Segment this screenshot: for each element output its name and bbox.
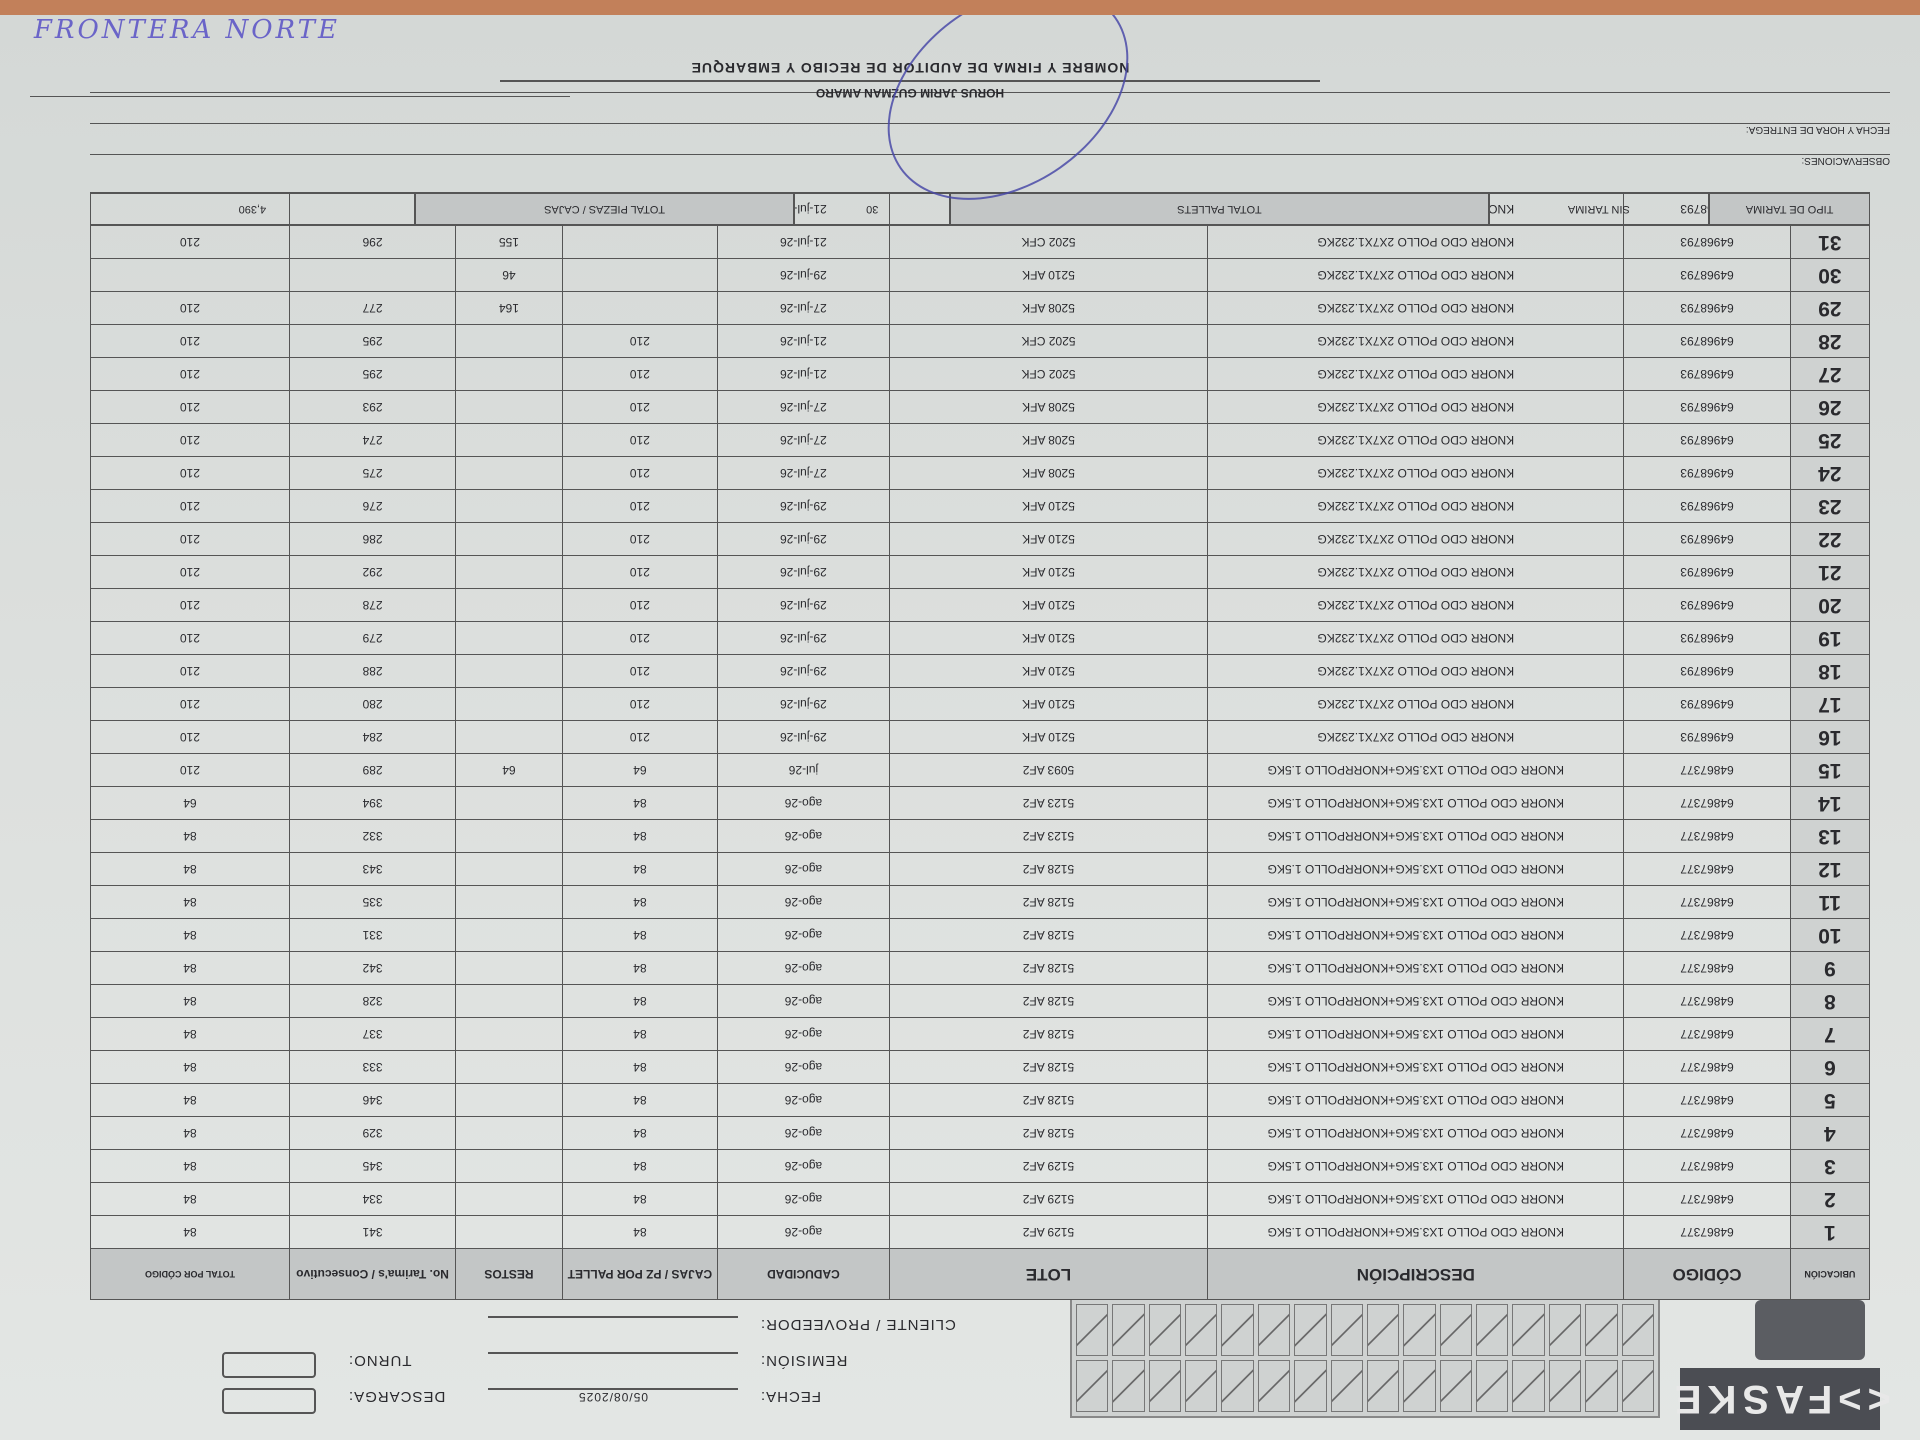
table-row: 1264867377KNORR CDO POLLO 1X3.5KG+KNORRP…	[91, 853, 1870, 886]
cell-cons: 284	[289, 721, 455, 754]
cell-total: 84	[91, 1150, 290, 1183]
cell-lote: 5210 AFK	[889, 556, 1207, 589]
table-row: 1664968793KNORR CDO POLLO 2X7X1.232KG521…	[91, 721, 1870, 754]
location-checkbox[interactable]	[1513, 1360, 1545, 1412]
cell-cpp: 64	[562, 754, 717, 787]
table-row: 1064867377KNORR CDO POLLO 1X3.5KG+KNORRP…	[91, 919, 1870, 952]
cell-codigo: 64867377	[1624, 1018, 1790, 1051]
cell-total: 210	[91, 325, 290, 358]
cell-total: 84	[91, 1117, 290, 1150]
cell-cpp: 210	[562, 589, 717, 622]
cell-lote: 5210 AFK	[889, 655, 1207, 688]
cell-codigo: 64867377	[1624, 787, 1790, 820]
cell-cons: 346	[289, 1084, 455, 1117]
cell-cad: ago-26	[718, 1084, 890, 1117]
row-number: 8	[1790, 985, 1869, 1018]
cell-cons: 295	[289, 325, 455, 358]
cell-total: 84	[91, 919, 290, 952]
cell-codigo: 64968793	[1624, 226, 1790, 259]
cell-cad: 29-jul-26	[718, 688, 890, 721]
cell-restos	[456, 1018, 563, 1051]
cell-codigo: 64867377	[1624, 1216, 1790, 1249]
cell-codigo: 64968793	[1624, 292, 1790, 325]
location-checkbox[interactable]	[1367, 1360, 1399, 1412]
cell-cad: 27-jul-26	[718, 292, 890, 325]
cell-cons: 328	[289, 985, 455, 1018]
row-number: 4	[1790, 1117, 1869, 1150]
cell-cons: 288	[289, 655, 455, 688]
location-checkbox[interactable]	[1549, 1360, 1581, 1412]
total-pallets-value: 30	[794, 193, 950, 225]
cell-total: 210	[91, 292, 290, 325]
cell-total: 210	[91, 721, 290, 754]
cell-lote: 5210 AFK	[889, 523, 1207, 556]
cell-restos	[456, 1051, 563, 1084]
cell-cad: ago-26	[718, 919, 890, 952]
cell-desc: KNORR CDO POLLO 2X7X1.232KG	[1208, 325, 1624, 358]
location-checkbox[interactable]	[1222, 1360, 1254, 1412]
cell-cad: 21-jul-26	[718, 325, 890, 358]
cell-codigo: 64968793	[1624, 688, 1790, 721]
cell-lote: 5202 CFK	[889, 325, 1207, 358]
cell-desc: KNORR CDO POLLO 2X7X1.232KG	[1208, 688, 1624, 721]
cell-lote: 5123 AF2	[889, 787, 1207, 820]
cell-cons: 342	[289, 952, 455, 985]
row-number: 5	[1790, 1084, 1869, 1117]
row-number: 30	[1790, 259, 1869, 292]
cell-restos	[456, 523, 563, 556]
row-number: 26	[1790, 391, 1869, 424]
fecha-row: FECHA: 05/08/2025 DESCARGA:	[110, 1388, 990, 1424]
cell-codigo: 64867377	[1624, 1084, 1790, 1117]
cell-codigo: 64867377	[1624, 754, 1790, 787]
cell-cpp: 84	[562, 1216, 717, 1249]
cell-desc: KNORR CDO POLLO 2X7X1.232KG	[1208, 259, 1624, 292]
cell-total: 84	[91, 985, 290, 1018]
cell-lote: 5202 CFK	[889, 358, 1207, 391]
row-number: 18	[1790, 655, 1869, 688]
cell-cons: 334	[289, 1183, 455, 1216]
cell-lote: 5129 AF2	[889, 1150, 1207, 1183]
cell-lote: 5210 AFK	[889, 622, 1207, 655]
table-row: 2164968793KNORR CDO POLLO 2X7X1.232KG521…	[91, 556, 1870, 589]
cell-cad: ago-26	[718, 1216, 890, 1249]
cell-desc: KNORR CDO POLLO 1X3.5KG+KNORRPOLLO 1.5KG	[1208, 952, 1624, 985]
cell-restos	[456, 391, 563, 424]
row-number: 17	[1790, 688, 1869, 721]
header-fields: FECHA: 05/08/2025 DESCARGA: REMISIÓN: TU…	[110, 1316, 990, 1424]
cell-codigo: 64867377	[1624, 952, 1790, 985]
descarga-box[interactable]	[222, 1388, 316, 1414]
cell-codigo: 64968793	[1624, 358, 1790, 391]
location-checkbox[interactable]	[1185, 1304, 1217, 1356]
cell-cad: ago-26	[718, 820, 890, 853]
cell-cons: 341	[289, 1216, 455, 1249]
cell-cad: ago-26	[718, 787, 890, 820]
row-number: 3	[1790, 1150, 1869, 1183]
cell-cpp: 84	[562, 1051, 717, 1084]
scanner-icon	[1755, 1300, 1865, 1360]
cell-cad: 29-jul-26	[718, 655, 890, 688]
location-checkbox[interactable]	[1149, 1360, 1181, 1412]
cell-restos: 46	[456, 259, 563, 292]
table-row: 2664968793KNORR CDO POLLO 2X7X1.232KG520…	[91, 391, 1870, 424]
cell-total: 210	[91, 622, 290, 655]
cell-restos	[456, 1183, 563, 1216]
tipo-tarima-label: TIPO DE TARIMA	[1709, 193, 1870, 225]
cell-lote: 5208 AFK	[889, 424, 1207, 457]
cell-codigo: 64968793	[1624, 259, 1790, 292]
cliente-row: CLIENTE / PROVEEDOR:	[110, 1316, 990, 1352]
location-checkbox[interactable]	[1076, 1304, 1108, 1356]
cell-total: 210	[91, 688, 290, 721]
cell-cons: 335	[289, 886, 455, 919]
cell-total: 84	[91, 1216, 290, 1249]
cell-restos	[456, 721, 563, 754]
location-checkbox[interactable]	[1440, 1360, 1472, 1412]
total-piezas-label: TOTAL PIEZAS / CAJAS	[415, 193, 794, 225]
cell-restos	[456, 655, 563, 688]
cell-restos	[456, 556, 563, 589]
location-checkbox[interactable]	[1258, 1304, 1290, 1356]
row-number: 6	[1790, 1051, 1869, 1084]
cell-codigo: 64867377	[1624, 1150, 1790, 1183]
location-checkbox[interactable]	[1112, 1304, 1144, 1356]
cell-codigo: 64968793	[1624, 589, 1790, 622]
table-row: 2764968793KNORR CDO POLLO 2X7X1.232KG520…	[91, 358, 1870, 391]
cell-total: 84	[91, 886, 290, 919]
cell-desc: KNORR CDO POLLO 2X7X1.232KG	[1208, 292, 1624, 325]
cell-cad: ago-26	[718, 1183, 890, 1216]
table-row: 1464867377KNORR CDO POLLO 1X3.5KG+KNORRP…	[91, 787, 1870, 820]
cell-total: 84	[91, 1051, 290, 1084]
table-row: 864867377KNORR CDO POLLO 1X3.5KG+KNORRPO…	[91, 985, 1870, 1018]
fecha-label: FECHA:	[748, 1388, 990, 1405]
fecha-field[interactable]: 05/08/2025	[488, 1388, 738, 1404]
cell-cpp: 84	[562, 820, 717, 853]
table-row: 2264968793KNORR CDO POLLO 2X7X1.232KG521…	[91, 523, 1870, 556]
cell-restos	[456, 424, 563, 457]
cell-codigo: 64968793	[1624, 556, 1790, 589]
location-checkbox[interactable]	[1367, 1304, 1399, 1356]
total-pallets-label: TOTAL PALLETS	[950, 193, 1488, 225]
cell-cons: 295	[289, 358, 455, 391]
cell-lote: 5123 AF2	[889, 820, 1207, 853]
cell-codigo: 64867377	[1624, 886, 1790, 919]
location-checkbox[interactable]	[1331, 1360, 1363, 1412]
location-checkbox[interactable]	[1585, 1360, 1617, 1412]
location-checkbox[interactable]	[1112, 1360, 1144, 1412]
col-descripcion: DESCRIPCIÓN	[1208, 1249, 1624, 1300]
table-row: 1164867377KNORR CDO POLLO 1X3.5KG+KNORRP…	[91, 886, 1870, 919]
location-checkbox[interactable]	[1185, 1360, 1217, 1412]
cell-cpp: 210	[562, 655, 717, 688]
location-checkbox[interactable]	[1403, 1304, 1435, 1356]
cell-total: 84	[91, 853, 290, 886]
cell-total: 210	[91, 754, 290, 787]
row-number: 2	[1790, 1183, 1869, 1216]
cell-lote: 5210 AFK	[889, 721, 1207, 754]
cell-cad: ago-26	[718, 1051, 890, 1084]
table-row: 164867377KNORR CDO POLLO 1X3.5KG+KNORRPO…	[91, 1216, 1870, 1249]
location-checkbox[interactable]	[1622, 1360, 1654, 1412]
cell-codigo: 64968793	[1624, 424, 1790, 457]
table-body: 164867377KNORR CDO POLLO 1X3.5KG+KNORRPO…	[91, 193, 1870, 1249]
row-number: 14	[1790, 787, 1869, 820]
col-restos: RESTOS	[456, 1249, 563, 1300]
remision-field[interactable]	[488, 1352, 738, 1354]
table-row: 664867377KNORR CDO POLLO 1X3.5KG+KNORRPO…	[91, 1051, 1870, 1084]
table-surface	[0, 0, 1920, 15]
cell-total: 210	[91, 358, 290, 391]
cell-desc: KNORR CDO POLLO 1X3.5KG+KNORRPOLLO 1.5KG	[1208, 787, 1624, 820]
location-checkbox[interactable]	[1549, 1304, 1581, 1356]
location-checkbox[interactable]	[1222, 1304, 1254, 1356]
cell-lote: 5128 AF2	[889, 853, 1207, 886]
location-checkbox[interactable]	[1258, 1360, 1290, 1412]
cell-cad: 29-jul-26	[718, 556, 890, 589]
cell-lote: 5128 AF2	[889, 919, 1207, 952]
cell-cons: 275	[289, 457, 455, 490]
row-number: 12	[1790, 853, 1869, 886]
cell-cpp: 84	[562, 1117, 717, 1150]
cell-desc: KNORR CDO POLLO 2X7X1.232KG	[1208, 556, 1624, 589]
location-checkbox[interactable]	[1294, 1304, 1326, 1356]
handwritten-note: FRONTERA NORTE	[34, 15, 340, 45]
cell-restos	[456, 952, 563, 985]
cell-codigo: 64867377	[1624, 985, 1790, 1018]
cell-codigo: 64867377	[1624, 1117, 1790, 1150]
location-checkbox[interactable]	[1513, 1304, 1545, 1356]
cell-cpp: 210	[562, 457, 717, 490]
location-checkbox[interactable]	[1440, 1304, 1472, 1356]
cell-desc: KNORR CDO POLLO 2X7X1.232KG	[1208, 490, 1624, 523]
cell-lote: 5208 AFK	[889, 292, 1207, 325]
table-row: 2964968793KNORR CDO POLLO 2X7X1.232KG520…	[91, 292, 1870, 325]
cell-codigo: 64968793	[1624, 391, 1790, 424]
cell-desc: KNORR CDO POLLO 1X3.5KG+KNORRPOLLO 1.5KG	[1208, 853, 1624, 886]
cell-cpp	[562, 259, 717, 292]
cell-total: 84	[91, 952, 290, 985]
inventory-table: UBICACIÓN CÓDIGO DESCRIPCIÓN LOTE CADUCI…	[90, 192, 1870, 1300]
cell-lote: 5210 AFK	[889, 259, 1207, 292]
cell-total: 64	[91, 787, 290, 820]
row-number: 16	[1790, 721, 1869, 754]
cell-total: 210	[91, 391, 290, 424]
table-row: 1964968793KNORR CDO POLLO 2X7X1.232KG521…	[91, 622, 1870, 655]
turno-label: TURNO:	[336, 1352, 488, 1369]
cell-restos	[456, 457, 563, 490]
row-number: 20	[1790, 589, 1869, 622]
cell-restos	[456, 787, 563, 820]
cell-cpp: 210	[562, 688, 717, 721]
cell-restos	[456, 325, 563, 358]
location-checkbox[interactable]	[1476, 1304, 1508, 1356]
cell-lote: 5210 AFK	[889, 589, 1207, 622]
row-number: 11	[1790, 886, 1869, 919]
cell-desc: KNORR CDO POLLO 2X7X1.232KG	[1208, 589, 1624, 622]
cell-lote: 5128 AF2	[889, 952, 1207, 985]
location-checkbox[interactable]	[1403, 1360, 1435, 1412]
cell-restos	[456, 985, 563, 1018]
cell-cons: 279	[289, 622, 455, 655]
cell-total: 210	[91, 226, 290, 259]
cell-restos	[456, 622, 563, 655]
cell-cpp: 210	[562, 490, 717, 523]
cell-restos	[456, 1084, 563, 1117]
cell-cons: 333	[289, 1051, 455, 1084]
cell-restos: 164	[456, 292, 563, 325]
table-row: 2464968793KNORR CDO POLLO 2X7X1.232KG520…	[91, 457, 1870, 490]
cell-cpp: 210	[562, 622, 717, 655]
table-row: 364867377KNORR CDO POLLO 1X3.5KG+KNORRPO…	[91, 1150, 1870, 1183]
row-number: 25	[1790, 424, 1869, 457]
cell-cad: 21-jul-26	[718, 226, 890, 259]
cell-cad: 27-jul-26	[718, 391, 890, 424]
cell-codigo: 64968793	[1624, 655, 1790, 688]
location-checkbox[interactable]	[1149, 1304, 1181, 1356]
cell-lote: 5208 AFK	[889, 457, 1207, 490]
table-row: 3064968793KNORR CDO POLLO 2X7X1.232KG521…	[91, 259, 1870, 292]
row-number: 29	[1790, 292, 1869, 325]
cell-total: 210	[91, 457, 290, 490]
table-header-row: UBICACIÓN CÓDIGO DESCRIPCIÓN LOTE CADUCI…	[91, 1249, 1870, 1300]
cell-cons: 329	[289, 1117, 455, 1150]
cell-lote: 5129 AF2	[889, 1216, 1207, 1249]
row-number: 27	[1790, 358, 1869, 391]
cell-restos: 64	[456, 754, 563, 787]
cell-desc: KNORR CDO POLLO 1X3.5KG+KNORRPOLLO 1.5KG	[1208, 1183, 1624, 1216]
cell-cpp: 84	[562, 952, 717, 985]
location-checkbox[interactable]	[1331, 1304, 1363, 1356]
cell-cons: 332	[289, 820, 455, 853]
cell-desc: KNORR CDO POLLO 2X7X1.232KG	[1208, 391, 1624, 424]
cell-cons: 293	[289, 391, 455, 424]
cell-lote: 5202 CFK	[889, 226, 1207, 259]
cell-cpp: 84	[562, 1150, 717, 1183]
cell-cpp: 210	[562, 325, 717, 358]
row-number: 19	[1790, 622, 1869, 655]
col-cajas-por-pallet: CAJAS / PZ POR PALLET	[562, 1249, 717, 1300]
cell-cpp: 210	[562, 391, 717, 424]
cell-desc: KNORR CDO POLLO 2X7X1.232KG	[1208, 358, 1624, 391]
cell-desc: KNORR CDO POLLO 1X3.5KG+KNORRPOLLO 1.5KG	[1208, 985, 1624, 1018]
cell-desc: KNORR CDO POLLO 1X3.5KG+KNORRPOLLO 1.5KG	[1208, 820, 1624, 853]
cell-cpp: 210	[562, 424, 717, 457]
fecha-entrega-label: FECHA Y HORA DE ENTREGA:	[1746, 124, 1890, 135]
cell-total	[91, 259, 290, 292]
cell-desc: KNORR CDO POLLO 2X7X1.232KG	[1208, 721, 1624, 754]
cell-cons: 345	[289, 1150, 455, 1183]
cell-restos	[456, 820, 563, 853]
cell-cpp: 210	[562, 556, 717, 589]
cell-cons: 280	[289, 688, 455, 721]
table-row: 1764968793KNORR CDO POLLO 2X7X1.232KG521…	[91, 688, 1870, 721]
cell-total: 210	[91, 556, 290, 589]
cell-desc: KNORR CDO POLLO 1X3.5KG+KNORRPOLLO 1.5KG	[1208, 1150, 1624, 1183]
cell-lote: 5128 AF2	[889, 886, 1207, 919]
cell-cad: ago-26	[718, 985, 890, 1018]
cell-cad: ago-26	[718, 853, 890, 886]
cell-codigo: 64968793	[1624, 325, 1790, 358]
tipo-tarima-value: SIN TARIMA	[1489, 193, 1710, 225]
descarga-label: DESCARGA:	[336, 1388, 488, 1405]
cell-cons: 292	[289, 556, 455, 589]
location-checkbox[interactable]	[1076, 1360, 1108, 1412]
cell-cpp: 84	[562, 1084, 717, 1117]
table-row: 2364968793KNORR CDO POLLO 2X7X1.232KG521…	[91, 490, 1870, 523]
cell-lote: 5129 AF2	[889, 1183, 1207, 1216]
row-number: 21	[1790, 556, 1869, 589]
cell-cons: 331	[289, 919, 455, 952]
cell-cons: 274	[289, 424, 455, 457]
turno-box[interactable]	[222, 1352, 316, 1378]
cell-cad: 29-jul-26	[718, 622, 890, 655]
cell-cad: ago-26	[718, 1117, 890, 1150]
cell-lote: 5210 AFK	[889, 490, 1207, 523]
cell-restos	[456, 886, 563, 919]
cell-cpp: 84	[562, 919, 717, 952]
cell-desc: KNORR CDO POLLO 2X7X1.232KG	[1208, 226, 1624, 259]
cell-codigo: 64968793	[1624, 721, 1790, 754]
cell-cad: jul-26	[718, 754, 890, 787]
cell-lote: 5128 AF2	[889, 1051, 1207, 1084]
row-number: 23	[1790, 490, 1869, 523]
receiving-form: <>FASKE FECHA: 05/08/2025 DESCARGA: REMI…	[0, 0, 1920, 1440]
cell-codigo: 64968793	[1624, 457, 1790, 490]
cell-codigo: 64867377	[1624, 919, 1790, 952]
location-checkbox[interactable]	[1294, 1360, 1326, 1412]
cliente-field[interactable]	[488, 1316, 738, 1318]
cell-desc: KNORR CDO POLLO 1X3.5KG+KNORRPOLLO 1.5KG	[1208, 919, 1624, 952]
cell-desc: KNORR CDO POLLO 2X7X1.232KG	[1208, 655, 1624, 688]
cell-restos	[456, 589, 563, 622]
table-row: 764867377KNORR CDO POLLO 1X3.5KG+KNORRPO…	[91, 1018, 1870, 1051]
location-checkbox[interactable]	[1476, 1360, 1508, 1412]
cell-total: 210	[91, 655, 290, 688]
cell-cons: 277	[289, 292, 455, 325]
cell-cons: 289	[289, 754, 455, 787]
total-piezas-value: 4,390	[90, 193, 415, 225]
cell-cad: 27-jul-26	[718, 424, 890, 457]
location-checkbox[interactable]	[1622, 1304, 1654, 1356]
row-number: 15	[1790, 754, 1869, 787]
cell-desc: KNORR CDO POLLO 1X3.5KG+KNORRPOLLO 1.5KG	[1208, 886, 1624, 919]
cell-cons: 394	[289, 787, 455, 820]
cell-codigo: 64968793	[1624, 523, 1790, 556]
cell-lote: 5128 AF2	[889, 985, 1207, 1018]
cell-cad: 29-jul-26	[718, 589, 890, 622]
row-number: 31	[1790, 226, 1869, 259]
row-number: 28	[1790, 325, 1869, 358]
cell-restos	[456, 358, 563, 391]
cell-restos	[456, 1150, 563, 1183]
faske-logo: <>FASKE	[1680, 1368, 1880, 1430]
rotated-photo: <>FASKE FECHA: 05/08/2025 DESCARGA: REMI…	[0, 0, 1920, 1440]
cell-lote: 5128 AF2	[889, 1018, 1207, 1051]
remision-label: REMISIÓN:	[748, 1352, 990, 1369]
cell-codigo: 64968793	[1624, 622, 1790, 655]
cell-lote: 5208 AFK	[889, 391, 1207, 424]
cell-cad: ago-26	[718, 1150, 890, 1183]
cell-cad: ago-26	[718, 952, 890, 985]
cell-lote: 5128 AF2	[889, 1117, 1207, 1150]
row-number: 13	[1790, 820, 1869, 853]
cell-desc: KNORR CDO POLLO 1X3.5KG+KNORRPOLLO 1.5KG	[1208, 1216, 1624, 1249]
cliente-label: CLIENTE / PROVEEDOR:	[748, 1316, 990, 1333]
location-checkbox[interactable]	[1585, 1304, 1617, 1356]
observaciones-label: OBSERVACIONES:	[1801, 155, 1890, 166]
